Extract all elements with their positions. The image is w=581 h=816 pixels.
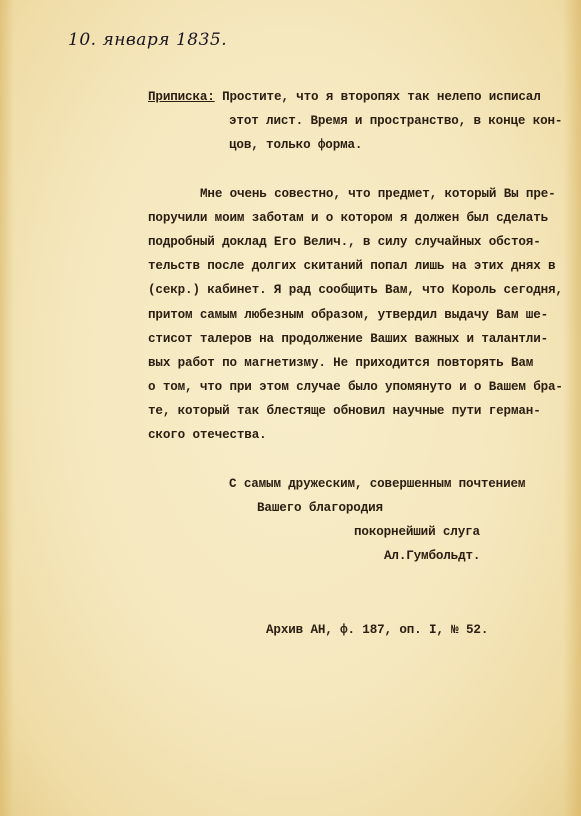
closing-line-2: Вашего благородия: [257, 501, 383, 515]
handwritten-date: 10. января 1835.: [68, 30, 227, 50]
postscript-line-3: цов, только форма.: [229, 138, 362, 152]
document-page: 10. января 1835. Приписка: Простите, что…: [0, 0, 581, 816]
body-line-11: ского отечества.: [148, 428, 267, 442]
closing-line-3: покорнейший слуга: [354, 525, 480, 539]
body-line-9: о том, что при этом случае было упомянут…: [148, 380, 563, 394]
body-line-4: тельств после долгих скитаний попал лишь…: [148, 259, 555, 273]
body-line-6: притом самым любезным образом, утвердил …: [148, 308, 548, 322]
body-line-3: подробный доклад Его Велич., в силу случ…: [148, 235, 541, 249]
signature: Ал.Гумбольдт.: [384, 549, 480, 563]
closing-line-1: С самым дружеским, совершенным почтением: [229, 477, 525, 491]
body-line-10: те, который так блестяще обновил научные…: [148, 404, 541, 418]
body-line-2: поручили моим заботам и о котором я долж…: [148, 211, 548, 225]
postscript-line-1: Приписка: Простите, что я второпях так н…: [148, 90, 541, 104]
postscript-line-2: этот лист. Время и пространство, в конце…: [229, 114, 562, 128]
body-line-8: вых работ по магнетизму. Не приходится п…: [148, 356, 533, 370]
paper-edge-right: [563, 0, 581, 816]
body-line-5: (секр.) кабинет. Я рад сообщить Вам, что…: [148, 283, 563, 297]
postscript-text: Простите, что я второпях так нелепо испи…: [222, 90, 541, 104]
body-line-1: Мне очень совестно, что предмет, который…: [200, 187, 556, 201]
body-line-7: стисот талеров на продолжение Ваших важн…: [148, 332, 548, 346]
archive-reference: Архив АН, ф. 187, оп. I, № 52.: [266, 623, 488, 637]
paper-edge-left: [0, 0, 14, 816]
postscript-label: Приписка:: [148, 90, 215, 104]
